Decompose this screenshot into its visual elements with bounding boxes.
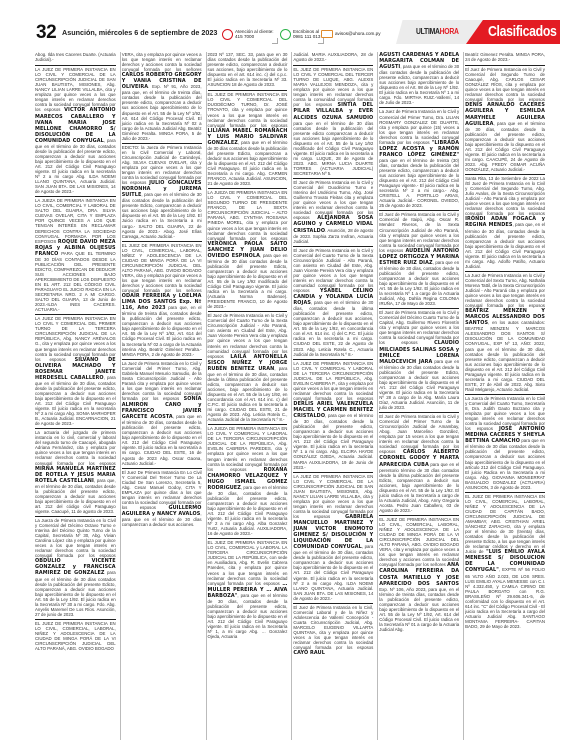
- notice-text: El Juez de Primera Instancia en lo Civil…: [379, 414, 459, 454]
- notice-text: EL JUEZ DE PRIMERA INSTANCIA EN LO CIVIL…: [208, 92, 288, 127]
- whatsapp-icon: [280, 29, 291, 40]
- notice-text: EL JUEZ DE PRIMERA INSTANCIA EN LO CIVIL…: [208, 540, 288, 585]
- page-header: 32 Asunción, miércoles 6 de septiembre d…: [0, 18, 580, 48]
- legal-notice: La Jueza de Primera Instancia en lo Civi…: [465, 396, 545, 491]
- column-2: VERA, cita y emplaza por quince veces a …: [120, 52, 203, 740]
- notice-text: Exp. Nº 106, Año 2023, para que, en el t…: [379, 587, 459, 632]
- ad-divider: [208, 538, 288, 539]
- notice-text: 2023 Nº 137, SEC. 33, para que en 30 día…: [208, 52, 288, 87]
- notice-text: El Juez de Primera Instancia en lo Civil…: [293, 180, 373, 220]
- ad-divider: [293, 178, 373, 179]
- notice-text: , para que en el término de 30 días, con…: [35, 138, 116, 194]
- ad-divider: [379, 210, 459, 211]
- notice-text: , para que en el término de 30 días cont…: [208, 140, 288, 186]
- ad-divider: [122, 468, 202, 469]
- notice-text: La Juez de Primera Instancia en lo Civil…: [122, 361, 202, 401]
- legal-notice: LA JUEZA DE PRIMERA INSTANCIA EN LO CIVI…: [208, 190, 288, 310]
- email-contact[interactable]: avisos@uhora.com.py: [321, 26, 381, 42]
- notice-text: para que, en el término de treinta días,…: [122, 305, 202, 356]
- legal-notice: La Juez de Primera Instancia en lo Civil…: [379, 109, 459, 209]
- notice-text: El Juez de Primera Instancia en lo Civil…: [208, 313, 288, 358]
- ad-divider: [465, 174, 545, 175]
- brand-logo: ULTIMAHORA: [416, 27, 459, 36]
- legal-notice: Abog. Ilda Ines Caceres Duarte. (Actuari…: [35, 52, 116, 64]
- notice-text: PARA QUE EL TERMINO DE 30 DÍAS CONTADOS …: [35, 251, 116, 313]
- legal-notice: EL JUEZ DE PRIMERA INSTANCIA EN LO CIVIL…: [122, 243, 202, 358]
- legal-notice: El Juez de Primera Instancia en lo Civil…: [465, 67, 545, 173]
- ad-divider: [465, 65, 545, 66]
- column-1: Abog. Ilda Ines Caceres Duarte. (Actuari…: [34, 52, 117, 740]
- legal-notice: Beatriz Gimenez Peralta. MINGA PORA, 24 …: [465, 52, 545, 64]
- notice-text: LA JUEZ DE PRIMERA INSTANCIA EN LO CIVIL…: [293, 474, 373, 519]
- notice-text: La Jueza de Primera Instancia en lo Civi…: [35, 518, 116, 558]
- ad-divider: [465, 394, 545, 395]
- legal-notice: LA JUEZA DE PRIMERA INSTANCIA EN LO CIVI…: [35, 198, 116, 313]
- notice-text: Abog. Ilda Ines Caceres Duarte. (Actuari…: [35, 52, 116, 62]
- legal-notice: EL JUEZ DE PRIMERA INSTANCIA EN LO CIVIL…: [35, 621, 116, 653]
- legal-notice: VERA, cita y emplaza por quince veces a …: [122, 52, 202, 142]
- legal-notice: El Juez de Primera Instancia en lo Civil…: [293, 248, 373, 358]
- ad-divider: [122, 241, 202, 242]
- notice-text: para que en el término de 30 días contad…: [379, 359, 459, 410]
- legal-notice: LA JUEZ DE PRIMERA INSTANCIA EN LO CIVIL…: [35, 67, 116, 195]
- notice-text: VERA, cita y emplaza por quince veces a …: [122, 52, 202, 72]
- notice-text: El Juez De Primera Instancia En Lo Civil…: [122, 470, 202, 510]
- legal-notice: El Juez De Primera Instancia En Lo Civil…: [122, 470, 202, 529]
- legal-notice: 2023 Nº 137, SEC. 33, para que en 30 día…: [208, 52, 288, 89]
- column-4: Judicial. MARIA AUXILIADORA, 28 de Agost…: [291, 52, 374, 740]
- notice-text: , para que, en el término de 30 días, co…: [35, 478, 116, 514]
- legal-notice: LA JUEZ DE PRIMERA INSTANCIA EN LO CIVIL…: [293, 361, 373, 471]
- ad-divider: [122, 359, 202, 360]
- notice-text: Judicial. MARIA AUXILIADORA, 28 de Agost…: [293, 52, 373, 62]
- ad-divider: [122, 143, 202, 144]
- legal-notice: EL JUEZ DE PRIMERA INSTANCIA EN LO CIVIL…: [208, 540, 288, 640]
- notice-text: , para que en el término de 30 días, con…: [293, 413, 373, 469]
- ad-divider: [293, 472, 373, 473]
- ad-divider: [35, 65, 116, 66]
- notice-text: EL JUEZ DE PRIMERA INSTANCIA EN LO CIVIL…: [465, 494, 545, 555]
- legal-notice: LA JUEZ DE PRIMERA INSTANCIA EN LO CIVIL…: [35, 316, 116, 427]
- notice-text: Beatriz Gimenez Peralta. MINGA PORA, 24 …: [465, 52, 545, 62]
- ad-divider: [379, 308, 459, 309]
- notice-text: Santa Rita, 13 de Setiembre de 2022 La /…: [465, 176, 545, 216]
- ad-divider: [379, 412, 459, 413]
- ad-divider: [208, 311, 288, 312]
- notice-text: , para que en el término de 30 días cont…: [379, 64, 459, 105]
- column-5: AGUSTI CARDENAS Y ADELA MARGARITA COLMAN…: [377, 52, 460, 740]
- legal-notice: La actuaria del juzgado de primera insta…: [35, 430, 116, 515]
- ad-divider: [35, 516, 116, 517]
- notice-text: EL JUEZ DE PRIMERA INSTANCIA EN LO CIVIL…: [122, 243, 202, 293]
- legal-notice: La Jueza de Primera Instancia en lo Civi…: [35, 518, 116, 618]
- notice-text: , para que en el término de 30 días, con…: [35, 375, 116, 426]
- brand-part-2: HORA: [440, 27, 459, 36]
- ad-divider: [35, 428, 116, 429]
- contact-email: avisos@uhora.com.py: [335, 31, 381, 36]
- notice-text: , para que en el término de 30 días, con…: [208, 366, 288, 422]
- notice-parties: CAYO RAUL: [293, 650, 325, 656]
- notice-text: El Juez de Primera Instancia en lo Civil…: [293, 248, 373, 293]
- notice-text: , EXPTE Nº 56 FOLIO 65 VLTO AÑO 2.023, D…: [465, 567, 545, 629]
- ad-divider: [293, 603, 373, 604]
- whatsapp-contact[interactable]: Escribinos al0981 111 013: [280, 26, 320, 42]
- section-banner: ULTIMAHORA Clasificados: [396, 20, 560, 44]
- notice-text: , para que en el término de 30 días, con…: [122, 414, 202, 465]
- legal-notice: El Juez de Primera Instancia en lo Civil…: [293, 180, 373, 245]
- legal-notice: AGUSTI CARDENAS Y ADELA MARGARITA COLMAN…: [379, 52, 459, 106]
- mail-icon: [321, 30, 333, 38]
- legal-notice: Judicial. MARIA AUXILIADORA, 28 de Agost…: [293, 52, 373, 64]
- notice-text: , para que en el término de 30 días, con…: [465, 121, 545, 172]
- legal-notice: LA JUEZA DE PRIMERA INSTANCIA EN LO CIVI…: [208, 426, 288, 537]
- page-number: 32: [36, 22, 56, 44]
- notice-text: para que en el término de 30 días contad…: [465, 438, 545, 489]
- legal-notice: El Juez de Primera Instancia en lo Civil…: [379, 310, 459, 411]
- divider: [272, 38, 278, 44]
- notice-text: El Juez de Primera Instancia en lo Civil…: [379, 212, 459, 252]
- legal-notice: EL JUEZ DE PRIMERA INSTANCIA EN LO CIVIL…: [465, 494, 545, 630]
- phone-icon: [222, 29, 233, 40]
- legal-notice: El Juez de Primera Instancia en lo Civil…: [293, 605, 373, 657]
- notice-text: LA JUEZA DE PRIMERA INSTANCIA EN LO CIVI…: [208, 426, 288, 471]
- ad-divider: [35, 196, 116, 197]
- notice-text: LA JUEZ DE PRIMERA INSTANCIA EN LO CIVIL…: [35, 316, 116, 361]
- notice-text: El Juez de Primera Instancia en lo Civil…: [465, 67, 545, 102]
- brand-part-1: ULTIMA: [416, 27, 440, 36]
- notice-text: , para que en el término de 30 días, con…: [379, 260, 459, 306]
- ad-divider: [465, 271, 545, 272]
- notice-text: , para que en el término de 30 días, con…: [293, 300, 373, 356]
- ad-divider: [465, 492, 545, 493]
- legal-notice: LA JUEZ DE PRIMERA INSTANCIA EN LO CIVIL…: [293, 474, 373, 602]
- notice-text: , para que, en el término de 30 días, co…: [465, 222, 545, 268]
- notice-text: LA JUEZ DE PRIMERA INSTANCIA EN LO CIVIL…: [35, 67, 116, 112]
- section-title: Clasificados: [488, 23, 557, 40]
- notice-text: EL JUEZ DE PRIMERA INSTANCIA EN LO CIVIL…: [35, 621, 116, 651]
- notice-text: , para que en término de 30 días contado…: [208, 253, 288, 309]
- legal-notice: EL JUEZ DE PRIMERA INSTANCIA EN LO CIVIL…: [208, 92, 288, 187]
- notice-text: , para que en el término de 30 días cont…: [122, 192, 202, 238]
- notice-text: La Juez de Primera Instancia en lo Civil…: [465, 273, 545, 308]
- ad-divider: [35, 619, 116, 620]
- ad-divider: [35, 314, 116, 315]
- notice-text: , en los autos caratulados: BEATRIZ MENZ…: [465, 320, 545, 392]
- notice-text: EDICTO: la Jueza de Primera Instancia en…: [122, 145, 202, 185]
- customer-service-contact[interactable]: Atención al cliente:415 7000: [222, 26, 274, 42]
- ad-divider: [293, 246, 373, 247]
- ad-divider: [293, 65, 373, 66]
- ad-divider: [208, 90, 288, 91]
- ad-divider: [208, 188, 288, 189]
- notice-text: para que en el término de 30 días contad…: [35, 570, 116, 616]
- legal-notice: La Juez de Primera Instancia en lo Civil…: [122, 361, 202, 467]
- notice-text: para que en el perentorio término de 30 …: [379, 462, 459, 513]
- legal-notice: El Juez de Primera Instancia en lo Civil…: [379, 414, 459, 514]
- notice-text: LA JUEZ DE PRIMERA INSTANCIA EN LO CIVIL…: [293, 361, 373, 401]
- contact-value: 0981 111 013: [293, 34, 320, 39]
- notice-parties: OBDULIO VICENTE GONZALEZ y FRANCISCA RAM…: [35, 558, 116, 576]
- ad-divider: [208, 424, 288, 425]
- legal-notice: El Juez de Primera Instancia en lo Civil…: [208, 313, 288, 423]
- column-3: 2023 Nº 137, SEC. 33, para que en 30 día…: [206, 52, 289, 740]
- ad-divider: [379, 107, 459, 108]
- legal-notice: EL JUEZ DE PRIMERA INSTANCIA EN LO CIVIL…: [379, 517, 459, 633]
- notice-text: , para que en el término de 30 días, con…: [293, 544, 373, 600]
- notice-text: , para que en el término de 30 días, con…: [208, 593, 288, 639]
- legal-notice: EL JUEZ DE PRIMERA INSTANCIA EN LO CIVIL…: [293, 67, 373, 177]
- legal-notice: Santa Rita, 13 de Setiembre de 2022 La /…: [465, 176, 545, 270]
- ad-divider: [293, 359, 373, 360]
- legal-notice: EDICTO: la Jueza de Primera Instancia en…: [122, 145, 202, 240]
- classifieds-columns: Abog. Ilda Ines Caceres Duarte. (Actuari…: [34, 52, 546, 740]
- ad-divider: [379, 515, 459, 516]
- notice-text: La actuaria del juzgado de primera insta…: [35, 430, 116, 465]
- legal-notice: El Juez de Primera Instancia en lo Civil…: [379, 212, 459, 307]
- notice-text: LA JUEZA DE PRIMERA INSTANCIA EN LO CIVI…: [35, 198, 116, 243]
- notice-text: EL JUEZ DE PRIMERA INSTANCIA EN LO CIVIL…: [293, 67, 373, 107]
- legal-notice: La Juez de Primera Instancia en lo Civil…: [465, 273, 545, 393]
- date-line: Asunción, miércoles 6 de septiembre de 2…: [62, 28, 217, 37]
- notice-text: para que en el término de treinta (30) d…: [379, 158, 459, 208]
- notice-text: , para que en el término de 30 días, con…: [208, 485, 288, 536]
- notice-text: para que en el término de 30 días contad…: [293, 121, 373, 176]
- notice-text: LA JUEZA DE PRIMERA INSTANCIA EN LO CIVI…: [208, 190, 288, 240]
- notice-text: EL JUEZ DE PRIMERA INSTANCIA EN LO CIVIL…: [379, 517, 459, 567]
- notice-text: El Juez de Primera Instancia en lo Civil…: [293, 605, 373, 650]
- column-6: Beatriz Gimenez Peralta. MINGA PORA, 24 …: [463, 52, 546, 740]
- notice-text: . Exp. Nº 91, Año 2023, para que, en el …: [122, 84, 202, 140]
- contact-value: 415 7000: [235, 34, 254, 39]
